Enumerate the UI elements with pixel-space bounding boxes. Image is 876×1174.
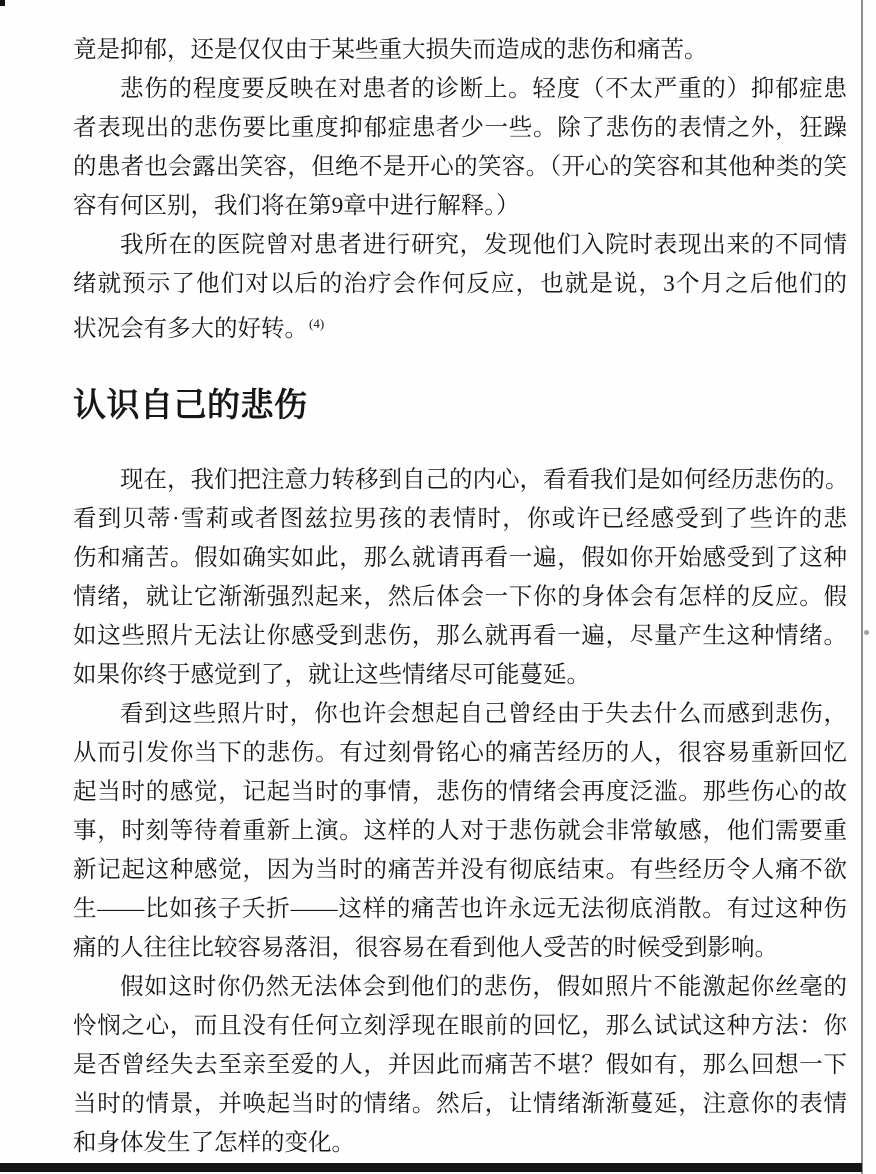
text-line-content: 状况会有多大的好转。	[73, 316, 308, 342]
text-line: 是否曾经失去至亲至爱的人，并因此而痛苦不堪？假如有，那么回想一下	[73, 1046, 847, 1085]
paragraph-6: 假如这时你仍然无法体会到他们的悲伤，假如照片不能激起你丝毫的 怜悯之心，而且没有…	[73, 968, 847, 1163]
text-line: 悲伤的程度要反映在对患者的诊断上。轻度（不太严重的）抑郁症患	[73, 70, 847, 109]
text-line: 绪就预示了他们对以后的治疗会作何反应，也就是说，3个月之后他们的	[73, 265, 847, 304]
text-line: 伤和痛苦。假如确实如此，那么就请再看一遍，假如你开始感受到了这种	[73, 539, 847, 578]
text-line: 如这些照片无法让你感受到悲伤，那么就再看一遍，尽量产生这种情绪。	[73, 617, 847, 656]
text-line: 假如这时你仍然无法体会到他们的悲伤，假如照片不能激起你丝毫的	[73, 968, 847, 1007]
text-line: 如果你终于感觉到了，就让这些情绪尽可能蔓延。	[73, 656, 847, 695]
footnote-marker: (4)	[309, 316, 324, 331]
text-line: 情绪，就让它渐渐强烈起来，然后体会一下你的身体会有怎样的反应。假	[73, 578, 847, 617]
text-line: 事，时刻等待着重新上演。这样的人对于悲伤就会非常敏感，他们需要重	[73, 812, 847, 851]
text-line: 看到贝蒂·雪莉或者图兹拉男孩的表情时，你或许已经感受到了些许的悲	[73, 500, 847, 539]
book-page: 竟是抑郁，还是仅仅由于某些重大损失而造成的悲伤和痛苦。 悲伤的程度要反映在对患者…	[0, 0, 876, 1174]
text-line: 竟是抑郁，还是仅仅由于某些重大损失而造成的悲伤和痛苦。	[73, 31, 847, 70]
text-line: 我所在的医院曾对患者进行研究，发现他们入院时表现出来的不同情	[73, 226, 847, 265]
text-line: 当时的情景，并唤起当时的情绪。然后，让情绪渐渐蔓延，注意你的表情	[73, 1085, 847, 1124]
text-line: 的患者也会露出笑容，但绝不是开心的笑容。（开心的笑容和其他种类的笑	[73, 148, 847, 187]
text-line: 容有何区别，我们将在第9章中进行解释。）	[73, 187, 847, 226]
text-line: 痛的人往往比较容易落泪，很容易在看到他人受苦的时候受到影响。	[73, 929, 847, 968]
text-line: 新记起这种感觉，因为当时的痛苦并没有彻底结束。有些经历令人痛不欲	[73, 851, 847, 890]
text-line: 看到这些照片时，你也许会想起自己曾经由于失去什么而感到悲伤，	[73, 695, 847, 734]
text-line: 起当时的感觉，记起当时的事情，悲伤的情绪会再度泛滥。那些伤心的故	[73, 773, 847, 812]
scan-corner-mark	[0, 0, 5, 6]
text-line: 生——比如孩子夭折——这样的痛苦也许永远无法彻底消散。有过这种伤	[73, 890, 847, 929]
paragraph-1: 竟是抑郁，还是仅仅由于某些重大损失而造成的悲伤和痛苦。	[73, 31, 847, 70]
section-heading: 认识自己的悲伤	[73, 381, 847, 429]
text-column: 竟是抑郁，还是仅仅由于某些重大损失而造成的悲伤和痛苦。 悲伤的程度要反映在对患者…	[73, 31, 847, 1163]
text-line: 状况会有多大的好转。(4)	[73, 304, 847, 343]
paragraph-3: 我所在的医院曾对患者进行研究，发现他们入院时表现出来的不同情 绪就预示了他们对以…	[73, 226, 847, 343]
paragraph-2: 悲伤的程度要反映在对患者的诊断上。轻度（不太严重的）抑郁症患 者表现出的悲伤要比…	[73, 70, 847, 226]
paragraph-4: 现在，我们把注意力转移到自己的内心，看看我们是如何经历悲伤的。 看到贝蒂·雪莉或…	[73, 461, 847, 695]
scan-edge-dot	[864, 630, 869, 635]
text-line: 者表现出的悲伤要比重度抑郁症患者少一些。除了悲伤的表情之外，狂躁	[73, 109, 847, 148]
text-line: 从而引发你当下的悲伤。有过刻骨铭心的痛苦经历的人，很容易重新回忆	[73, 734, 847, 773]
scan-bottom-bar	[0, 1163, 862, 1172]
paragraph-5: 看到这些照片时，你也许会想起自己曾经由于失去什么而感到悲伤， 从而引发你当下的悲…	[73, 695, 847, 968]
text-line: 和身体发生了怎样的变化。	[73, 1124, 847, 1163]
text-line: 怜悯之心，而且没有任何立刻浮现在眼前的回忆，那么试试这种方法：你	[73, 1007, 847, 1046]
scan-right-edge-line	[861, 0, 863, 1174]
text-line: 现在，我们把注意力转移到自己的内心，看看我们是如何经历悲伤的。	[73, 461, 847, 500]
